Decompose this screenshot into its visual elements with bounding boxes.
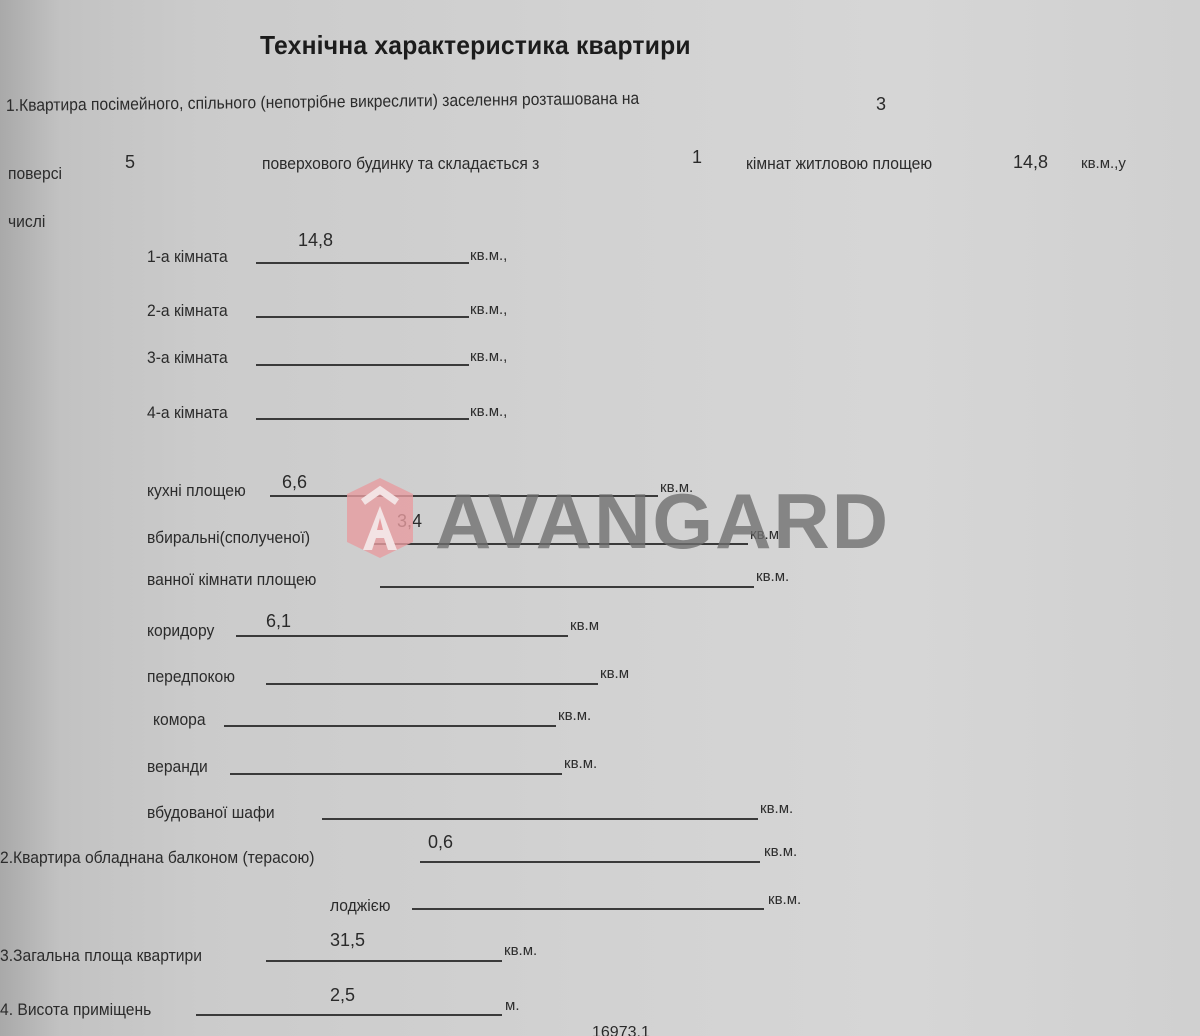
area-unit: кв.м. [660,479,693,496]
area-underline [270,495,658,497]
area-label: комора [153,710,206,730]
area-unit: кв.м [600,665,629,682]
avangard-watermark: AVANGARD [345,476,865,560]
intro-line-1: 1.Квартира посімейного, спільного (непот… [6,89,639,116]
room-label: 1-а кімната [147,247,228,267]
living-area-unit: кв.м.,у [1081,155,1126,172]
footer-number: 16973.1 [592,1024,650,1036]
area-label: веранди [147,757,208,777]
balcony-value: 0,6 [428,832,453,853]
balcony-label: 2.Квартира обладнана балконом (терасою) [0,848,314,868]
room-underline [256,262,469,264]
living-area-value: 14,8 [1013,152,1048,173]
room-underline [256,418,469,420]
room-label: 4-а кімната [147,403,228,423]
floor-value: 3 [876,94,886,115]
area-value: 3,4 [397,511,422,532]
area-unit: кв.м. [564,755,597,772]
area-underline [368,543,748,545]
area-unit: кв.м [570,617,599,634]
room-label: 3-а кімната [147,348,228,368]
height-value: 2,5 [330,985,355,1006]
intro-line-3: числі [8,212,45,232]
total-area-value: 31,5 [330,930,365,951]
height-underline [196,1014,502,1016]
area-unit: кв.м. [756,568,789,585]
loggia-label: лоджією [330,896,390,916]
total-area-label: 3.Загальна площа квартири [0,946,202,966]
room-unit: кв.м., [470,348,507,365]
building-floors-value: 5 [125,152,135,173]
area-label: вбудованої шафи [147,803,275,823]
rooms-count-value: 1 [692,147,702,168]
area-label: вбиральні(сполученої) [147,528,310,548]
area-underline [230,773,562,775]
area-label: коридору [147,621,214,641]
area-underline [322,818,758,820]
area-underline [380,586,754,588]
area-unit: кв.м. [760,800,793,817]
total-area-underline [266,960,502,962]
area-unit: кв.м. [558,707,591,724]
room-label: 2-а кімната [147,301,228,321]
area-underline [236,635,568,637]
room-underline [256,316,469,318]
document-title: Технічна характеристика квартири [260,30,691,61]
room-unit: кв.м., [470,247,507,264]
loggia-underline [412,908,764,910]
area-unit: кв.м [750,526,779,543]
loggia-unit: кв.м. [768,891,801,908]
height-unit: м. [505,997,519,1014]
area-label: ванної кімнати площею [147,570,316,590]
height-label: 4. Висота приміщень [0,1000,151,1020]
room-value: 14,8 [298,230,333,251]
total-area-unit: кв.м. [504,942,537,959]
area-label: передпокою [147,667,235,687]
area-underline [224,725,556,727]
area-underline [266,683,598,685]
area-label: кухні площею [147,481,246,501]
balcony-unit: кв.м. [764,843,797,860]
balcony-underline [420,861,760,863]
area-value: 6,1 [266,611,291,632]
floor-label: поверсі [8,164,62,184]
room-unit: кв.м., [470,403,507,420]
building-text: поверхового будинку та складається з [262,154,539,174]
living-area-label: кімнат житловою площею [746,154,932,174]
area-value: 6,6 [282,472,307,493]
room-unit: кв.м., [470,301,507,318]
room-underline [256,364,469,366]
